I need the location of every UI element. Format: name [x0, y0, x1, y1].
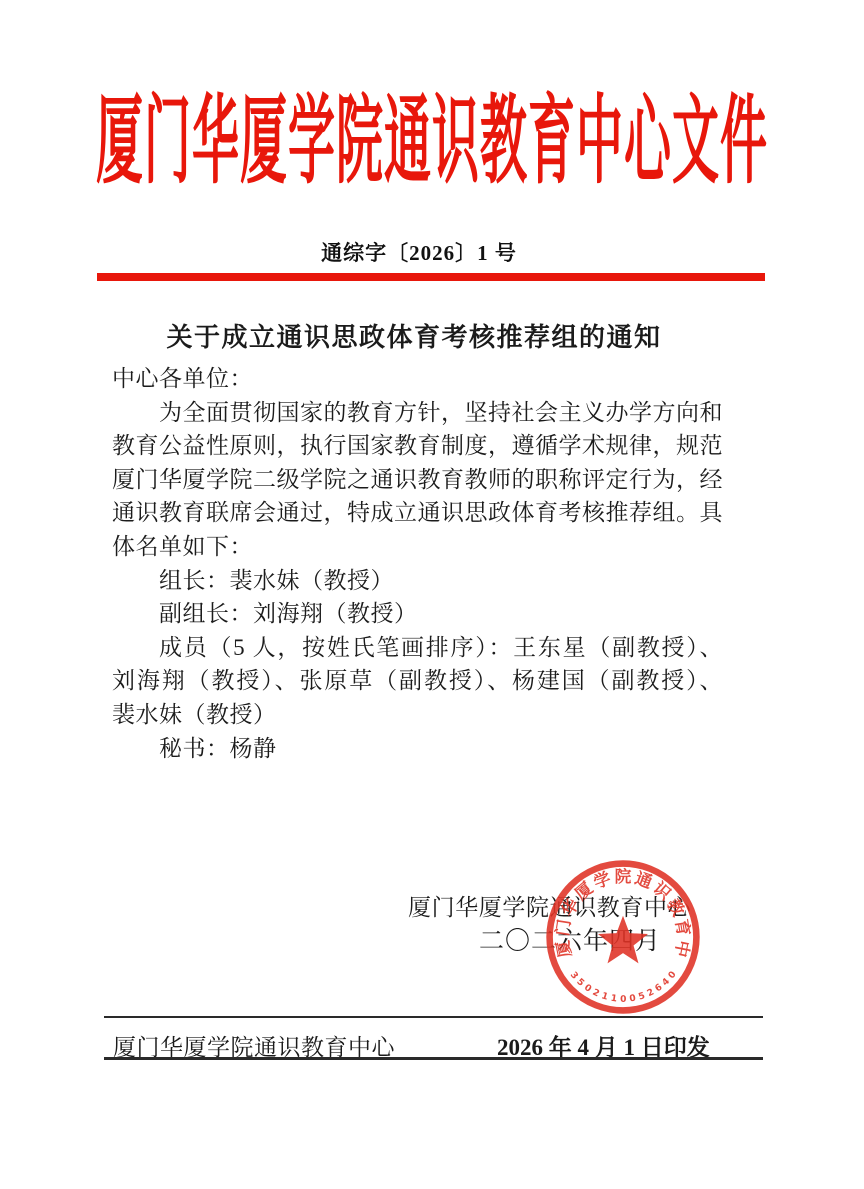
body-line: 为全面贯彻国家的教育方针，坚持社会主义办学方向和 [112, 396, 723, 430]
notice-title: 关于成立通识思政体育考核推荐组的通知 [0, 317, 828, 354]
footer-rule-bottom [104, 1057, 763, 1060]
body-line: 教育公益性原则，执行国家教育制度，遵循学术规律，规范 [112, 429, 723, 463]
document-number: 通综字〔2026〕1 号 [0, 237, 838, 267]
body-line-members: 刘海翔（教授）、张原草（副教授）、杨建国（副教授）、 [112, 664, 723, 698]
body-line: 通识教育联席会通过，特成立通识思政体育考核推荐组。具 [112, 496, 723, 530]
body-line-leader: 组长：裴水妹（教授） [112, 564, 723, 598]
footer-rule-top [104, 1016, 763, 1018]
body-line-members: 成员（5 人，按姓氏笔画排序）：王东星（副教授）、 [112, 631, 723, 665]
letterhead-rule [97, 273, 765, 281]
body-line: 体名单如下： [112, 530, 723, 564]
letterhead-org-title: 厦门华厦学院通识教育中心文件 [0, 96, 864, 192]
body-line-secretary: 秘书：杨静 [112, 732, 723, 766]
body-line-members: 裴水妹（教授） [112, 698, 723, 732]
official-seal: 厦门华厦学院通识教育中心 3502110052640 [542, 856, 704, 1018]
body-line-deputy: 副组长：刘海翔（教授） [112, 597, 723, 631]
notice-body: 中心各单位： 为全面贯彻国家的教育方针，坚持社会主义办学方向和 教育公益性原则，… [112, 362, 723, 765]
document-page: 厦门华厦学院通识教育中心文件 通综字〔2026〕1 号 关于成立通识思政体育考核… [0, 0, 864, 1189]
body-line: 厦门华厦学院二级学院之通识教育教师的职称评定行为，经 [112, 463, 723, 497]
seal-star-icon [598, 916, 648, 964]
body-line-salutation: 中心各单位： [112, 362, 723, 396]
